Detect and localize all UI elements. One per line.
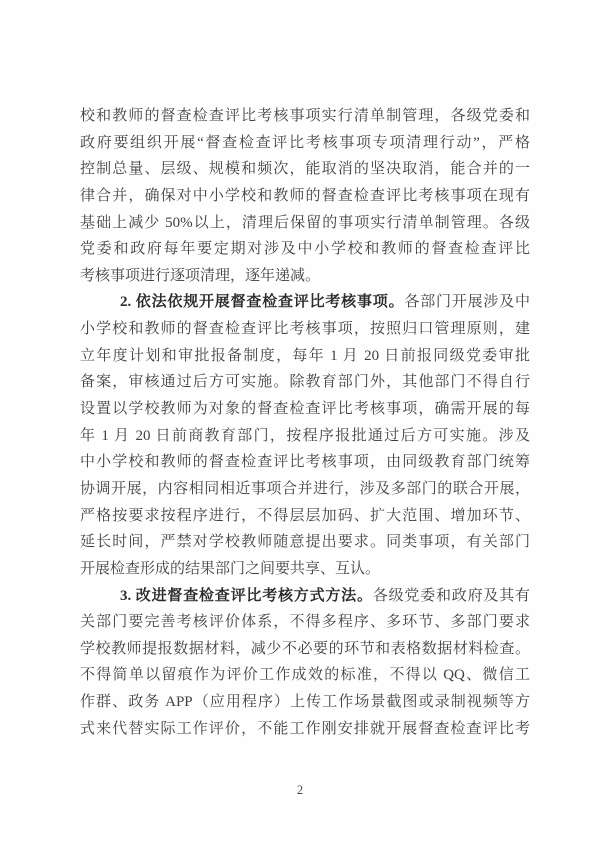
text-segment: 中小学校和教师的督查检查评比考核事项，由同级教育部门统筹 <box>80 454 530 470</box>
text-line: 严格按要求按程序进行，不得层层加码、扩大范围、增加环节、 <box>80 503 530 530</box>
document-page: 校和教师的督查检查评比考核事项实行清单制管理，各级党委和政府要组织开展“督查检查… <box>0 0 600 848</box>
paragraph-heading: 3. 改进督查检查评比考核方式方法。 <box>120 588 373 604</box>
text-segment: 考核事项进行逐项清理，逐年递减。 <box>80 268 320 284</box>
page-number: 2 <box>0 783 600 798</box>
text-line: 协调开展，内容相同相近事项合并进行，涉及多部门的联合开展， <box>80 476 530 503</box>
text-line: 小学校和教师的督查检查评比考核事项，按照归口管理原则，建 <box>80 316 530 343</box>
text-line: 基础上减少 50%以上，清理后保留的事项实行清单制管理。各级 <box>80 210 530 237</box>
text-line: 延长时间，严禁对学校教师随意提出要求。同类事项，有关部门 <box>80 529 530 556</box>
text-line: 关部门要完善考核评价体系，不得多程序、多环节、多部门要求 <box>80 609 530 636</box>
text-segment: 校和教师的督查检查评比考核事项实行清单制管理，各级党委和 <box>80 108 530 124</box>
text-line: 党委和政府每年要定期对涉及中小学校和教师的督查检查评比 <box>80 236 530 263</box>
text-line: 备案，审核通过后方可实施。除教育部门外，其他部门不得自行 <box>80 369 530 396</box>
text-line: 中小学校和教师的督查检查评比考核事项，由同级教育部门统筹 <box>80 449 530 476</box>
text-line: 控制总量、层级、规模和频次，能取消的坚决取消，能合并的一 <box>80 156 530 183</box>
text-line: 立年度计划和审批报备制度，每年 1 月 20 日前报同级党委审批 <box>80 343 530 370</box>
text-segment: 律合并，确保对中小学校和教师的督查检查评比考核事项在现有 <box>80 188 530 204</box>
text-segment: 作群、政务 APP（应用程序）上传工作场景截图或录制视频等方 <box>80 694 530 710</box>
text-line: 不得简单以留痕作为评价工作成效的标准，不得以 QQ、微信工 <box>80 662 530 689</box>
text-segment: 设置以学校教师为对象的督查检查评比考核事项，确需开展的每 <box>80 401 530 417</box>
paragraph-heading: 2. 依法依规开展督查检查评比考核事项。 <box>120 294 404 310</box>
text-line: 开展检查形成的结果部门之间要共享、互认。 <box>80 556 530 583</box>
text-segment: 关部门要完善考核评价体系，不得多程序、多环节、多部门要求 <box>80 614 530 630</box>
text-segment: 政府要组织开展“督查检查评比考核事项专项清理行动”，严格 <box>80 135 530 151</box>
text-segment: 各级党委和政府及其有 <box>373 588 530 604</box>
text-segment: 各部门开展涉及中 <box>404 294 530 310</box>
text-line: 律合并，确保对中小学校和教师的督查检查评比考核事项在现有 <box>80 183 530 210</box>
text-segment: 学校教师提报数据材料，减少不必要的环节和表格数据材料检查。 <box>80 641 530 657</box>
text-segment: 基础上减少 50%以上，清理后保留的事项实行清单制管理。各级 <box>80 215 530 231</box>
text-segment: 立年度计划和审批报备制度，每年 1 月 20 日前报同级党委审批 <box>80 348 530 364</box>
text-segment: 延长时间，严禁对学校教师随意提出要求。同类事项，有关部门 <box>80 534 530 550</box>
text-segment: 小学校和教师的督查检查评比考核事项，按照归口管理原则，建 <box>80 321 530 337</box>
text-segment: 党委和政府每年要定期对涉及中小学校和教师的督查检查评比 <box>80 241 530 257</box>
text-segment: 协调开展，内容相同相近事项合并进行，涉及多部门的联合开展， <box>80 481 530 497</box>
text-line: 年 1 月 20 日前商教育部门，按程序报批通过后方可实施。涉及 <box>80 423 530 450</box>
text-line: 校和教师的督查检查评比考核事项实行清单制管理，各级党委和 <box>80 103 530 130</box>
text-line: 式来代替实际工作评价，不能工作刚安排就开展督查检查评比考 <box>80 716 530 743</box>
text-segment: 备案，审核通过后方可实施。除教育部门外，其他部门不得自行 <box>80 374 530 390</box>
text-segment: 不得简单以留痕作为评价工作成效的标准，不得以 QQ、微信工 <box>80 667 530 683</box>
text-segment: 开展检查形成的结果部门之间要共享、互认。 <box>80 561 380 577</box>
text-line: 学校教师提报数据材料，减少不必要的环节和表格数据材料检查。 <box>80 636 530 663</box>
text-line: 作群、政务 APP（应用程序）上传工作场景截图或录制视频等方 <box>80 689 530 716</box>
text-segment: 控制总量、层级、规模和频次，能取消的坚决取消，能合并的一 <box>80 161 530 177</box>
text-segment: 年 1 月 20 日前商教育部门，按程序报批通过后方可实施。涉及 <box>80 428 530 444</box>
text-line: 2. 依法依规开展督查检查评比考核事项。各部门开展涉及中 <box>80 289 530 316</box>
document-body: 校和教师的督查检查评比考核事项实行清单制管理，各级党委和政府要组织开展“督查检查… <box>80 103 530 742</box>
text-line: 设置以学校教师为对象的督查检查评比考核事项，确需开展的每 <box>80 396 530 423</box>
text-segment: 严格按要求按程序进行，不得层层加码、扩大范围、增加环节、 <box>80 508 530 524</box>
text-line: 3. 改进督查检查评比考核方式方法。各级党委和政府及其有 <box>80 583 530 610</box>
text-segment: 式来代替实际工作评价，不能工作刚安排就开展督查检查评比考 <box>80 721 530 737</box>
text-line: 政府要组织开展“督查检查评比考核事项专项清理行动”，严格 <box>80 130 530 157</box>
text-line: 考核事项进行逐项清理，逐年递减。 <box>80 263 530 290</box>
